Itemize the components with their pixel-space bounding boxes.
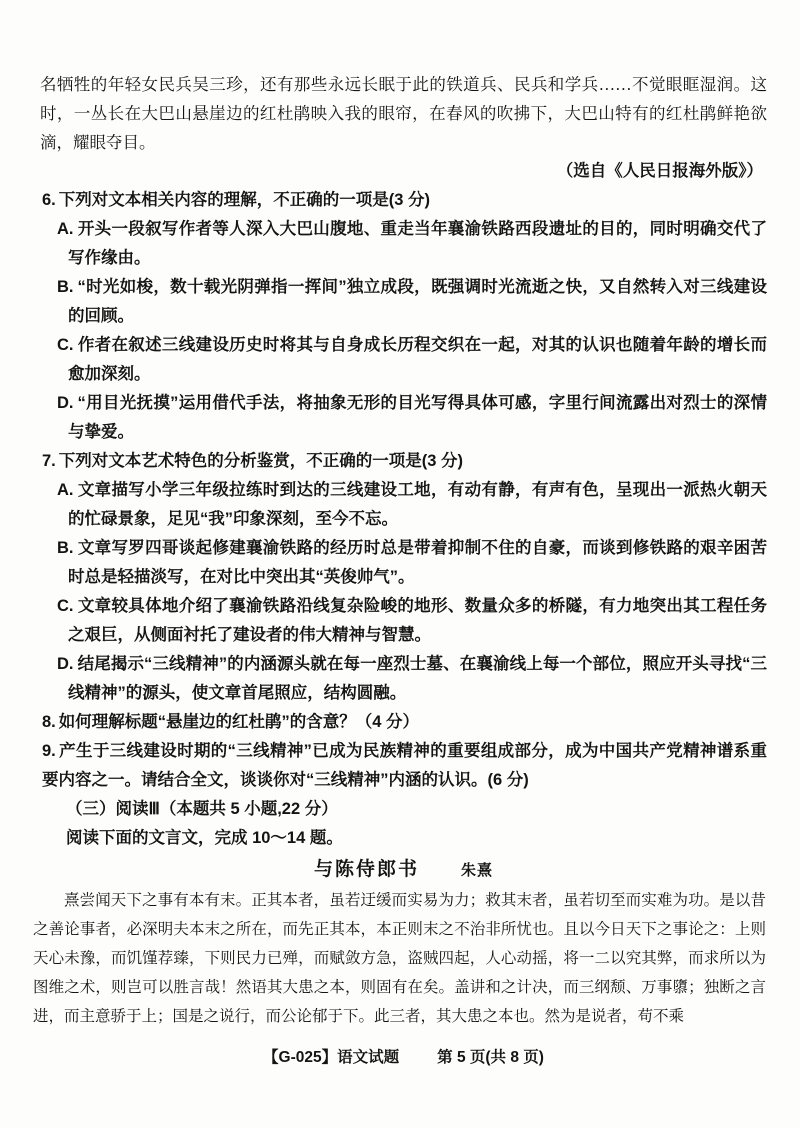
question-7-stem: 7.下列对文本艺术特色的分析鉴赏，不正确的一项是(3 分) — [40, 447, 767, 476]
question-9-number: 9. — [42, 742, 56, 760]
question-6-stem: 6.下列对文本相关内容的理解，不正确的一项是(3 分) — [40, 186, 767, 215]
classical-passage: 熹尝闻天下之事有本有末。正其本者，虽若迂缓而实易为力；救其末者，虽若切至而实难为… — [33, 886, 766, 1031]
essay-title-row: 与陈侍郎书朱熹 — [40, 853, 767, 886]
essay-author: 朱熹 — [461, 862, 493, 879]
option-label: B. — [57, 278, 74, 296]
question-7-option-c: C.文章较具体地介绍了襄渝铁路沿线复杂险峻的地形、数量众多的桥隧，有力地突出其工… — [40, 592, 767, 650]
essay-title: 与陈侍郎书 — [314, 859, 419, 880]
option-label: C. — [57, 597, 74, 615]
question-8-stem: 8.如何理解标题“悬崖边的红杜鹃”的含意？（4 分） — [40, 708, 767, 737]
section-heading: （三）阅读Ⅲ（本题共 5 小题,22 分） — [40, 795, 767, 824]
question-7: 7.下列对文本艺术特色的分析鉴赏，不正确的一项是(3 分) A.文章描写小学三年… — [40, 447, 767, 708]
question-6-option-d: D.“用目光抚摸”运用借代手法，将抽象无形的目光写得具体可感，字里行间流露出对烈… — [40, 389, 767, 447]
option-text: 作者在叙述三线建设历史时将其与自身成长历程交织在一起，对其的认识也随着年龄的增长… — [68, 336, 767, 383]
question-9-stem: 9.产生于三线建设时期的“三线精神”已成为民族精神的重要组成部分，成为中国共产党… — [40, 737, 767, 795]
question-6-option-a: A.开头一段叙写作者等人深入大巴山腹地、重走当年襄渝铁路西段遗址的目的，同时明确… — [40, 215, 767, 273]
option-text: 文章描写小学三年级拉练时到达的三线建设工地，有动有静，有声有色，呈现出一派热火朝… — [68, 481, 767, 528]
question-9: 9.产生于三线建设时期的“三线精神”已成为民族精神的重要组成部分，成为中国共产党… — [40, 737, 767, 795]
question-7-text: 下列对文本艺术特色的分析鉴赏，不正确的一项是(3 分) — [59, 452, 463, 470]
option-label: A. — [57, 220, 74, 238]
option-label: D. — [57, 394, 74, 412]
passage-continuation: 名牺牲的年轻女民兵吴三珍，还有那些永远长眠于此的铁道兵、民兵和学兵……不觉眼眶湿… — [40, 70, 767, 157]
option-label: C. — [57, 336, 74, 354]
option-text: 开头一段叙写作者等人深入大巴山腹地、重走当年襄渝铁路西段遗址的目的，同时明确交代… — [68, 220, 767, 267]
question-9-text: 产生于三线建设时期的“三线精神”已成为民族精神的重要组成部分，成为中国共产党精神… — [42, 742, 767, 789]
question-7-number: 7. — [42, 452, 56, 470]
exam-page: 名牺牲的年轻女民兵吴三珍，还有那些永远长眠于此的铁道兵、民兵和学兵……不觉眼眶湿… — [0, 0, 800, 1128]
question-6: 6.下列对文本相关内容的理解，不正确的一项是(3 分) A.开头一段叙写作者等人… — [40, 186, 767, 447]
page-footer: 【G-025】语文试题第 5 页(共 8 页) — [40, 1043, 767, 1072]
question-8: 8.如何理解标题“悬崖边的红杜鹃”的含意？（4 分） — [40, 708, 767, 737]
exam-label: 【G-025】语文试题 — [263, 1049, 399, 1066]
option-text: 文章较具体地介绍了襄渝铁路沿线复杂险峻的地形、数量众多的桥隧，有力地突出其工程任… — [68, 597, 767, 644]
question-6-number: 6. — [42, 191, 56, 209]
question-7-option-a: A.文章描写小学三年级拉练时到达的三线建设工地，有动有静，有声有色，呈现出一派热… — [40, 476, 767, 534]
question-7-option-b: B.文章写罗四哥谈起修建襄渝铁路的经历时总是带着抑制不住的自豪，而谈到修铁路的艰… — [40, 534, 767, 592]
question-7-option-d: D.结尾揭示“三线精神”的内涵源头就在每一座烈士墓、在襄渝线上每一个部位，照应开… — [40, 650, 767, 708]
option-text: 文章写罗四哥谈起修建襄渝铁路的经历时总是带着抑制不住的自豪，而谈到修铁路的艰辛困… — [68, 539, 767, 586]
option-text: 结尾揭示“三线精神”的内涵源头就在每一座烈士墓、在襄渝线上每一个部位，照应开头寻… — [68, 655, 767, 702]
option-label: D. — [57, 655, 74, 673]
page-indicator: 第 5 页(共 8 页) — [437, 1049, 544, 1066]
question-8-number: 8. — [42, 713, 56, 731]
question-8-text: 如何理解标题“悬崖边的红杜鹃”的含意？（4 分） — [59, 713, 419, 731]
question-6-option-c: C.作者在叙述三线建设历史时将其与自身成长历程交织在一起，对其的认识也随着年龄的… — [40, 331, 767, 389]
option-label: A. — [57, 481, 74, 499]
option-label: B. — [57, 539, 74, 557]
question-6-text: 下列对文本相关内容的理解，不正确的一项是(3 分) — [59, 191, 430, 209]
section-instruction: 阅读下面的文言文，完成 10～14 题。 — [40, 824, 767, 853]
option-text: “用目光抚摸”运用借代手法，将抽象无形的目光写得具体可感，字里行间流露出对烈士的… — [68, 394, 767, 441]
option-text: “时光如梭，数十载光阴弹指一挥间”独立成段，既强调时光流逝之快，又自然转入对三线… — [68, 278, 767, 325]
source-attribution: （选自《人民日报海外版》） — [40, 157, 767, 186]
question-6-option-b: B.“时光如梭，数十载光阴弹指一挥间”独立成段，既强调时光流逝之快，又自然转入对… — [40, 273, 767, 331]
